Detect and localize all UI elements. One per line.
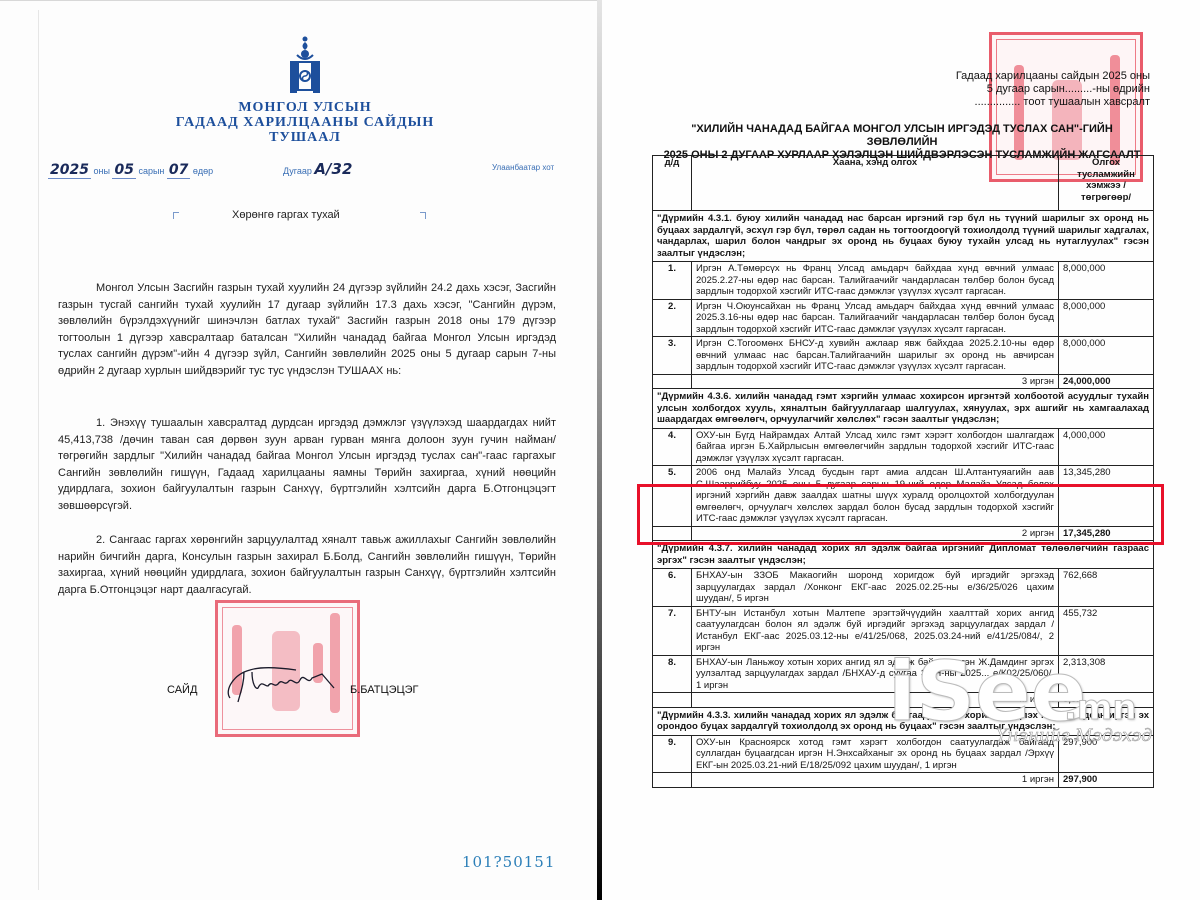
- order-city: Улаанбаатар хот: [492, 163, 554, 172]
- row-description: Иргэн Ч.Оюунсайхан нь Франц Улсад амьдар…: [692, 299, 1059, 337]
- letterhead-line: МОНГОЛ УЛСЫН: [170, 100, 440, 115]
- order-number-value: А/32: [314, 160, 352, 178]
- row-amount: 8,000,000: [1059, 337, 1154, 375]
- date-month-label: сарын: [138, 166, 164, 176]
- subtotal-count: 3 иргэн: [692, 374, 1059, 389]
- row-amount: 455,732: [1059, 606, 1154, 655]
- aid-table: д/д Хаана, хэнд олгох Олгох тусламжийн х…: [652, 155, 1154, 788]
- subtotal-row: 3 иргэн24,000,000: [653, 374, 1154, 389]
- annex-reference-line: Гадаад харилцааны сайдын 2025 оны: [956, 70, 1150, 83]
- table-row: 1.Иргэн А.Төмөрсүх нь Франц Улсад амьдар…: [653, 262, 1154, 300]
- row-number: 2.: [653, 299, 692, 337]
- annex-page: Гадаад харилцааны сайдын 2025 оны 5 дуга…: [602, 0, 1200, 900]
- row-number: 7.: [653, 606, 692, 655]
- section-basis: "Дүрмийн 4.3.1. буюу хилийн чанадад нас …: [653, 211, 1154, 262]
- page-edge: [0, 0, 597, 1]
- letterhead-line: ГАДААД ХАРИЛЦААНЫ САЙДЫН: [170, 115, 440, 130]
- row-amount: 8,000,000: [1059, 262, 1154, 300]
- row-amount: 4,000,000: [1059, 428, 1154, 466]
- date-year: 2025: [48, 162, 91, 179]
- signatory-name: Б.БАТЦЭЦЭГ: [350, 684, 419, 696]
- row-description: БНТУ-ын Истанбул хотын Малтепе эрэгтэйчү…: [692, 606, 1059, 655]
- state-emblem-icon: [287, 35, 323, 95]
- row-amount: 762,668: [1059, 569, 1154, 607]
- row-amount: 297,900: [1059, 735, 1154, 773]
- section-basis-row: "Дүрмийн 4.3.6. хилийн чанадад гэмт хэрг…: [653, 389, 1154, 429]
- section-basis-row: "Дүрмийн 4.3.3. хилийн чанадад хорих ял …: [653, 707, 1154, 735]
- row-amount: 2,313,308: [1059, 655, 1154, 693]
- table-row: 7.БНТУ-ын Истанбул хотын Малтепе эрэгтэй…: [653, 606, 1154, 655]
- section-basis: "Дүрмийн 4.3.3. хилийн чанадад хорих ял …: [653, 707, 1154, 735]
- annex-reference: Гадаад харилцааны сайдын 2025 оны 5 дуга…: [956, 70, 1150, 109]
- order-clause-1: 1. Энэхүү тушаалын хавсралтад дурдсан ир…: [58, 415, 556, 514]
- row-number: 6.: [653, 569, 692, 607]
- row-number: 9.: [653, 735, 692, 773]
- subtotal-row: 1 иргэн297,900: [653, 773, 1154, 788]
- subtotal-amount: 3,5...: [1059, 693, 1154, 708]
- table-row: 4.ОХУ-ын Бүгд Найрамдах Алтай Улсад хилс…: [653, 428, 1154, 466]
- table-header-row: д/д Хаана, хэнд олгох Олгох тусламжийн х…: [653, 156, 1154, 211]
- order-number: Дугаар А/32: [283, 160, 352, 178]
- header-desc: Хаана, хэнд олгох: [692, 156, 1059, 211]
- subtotal-spacer: [653, 374, 692, 389]
- subtotal-spacer: [653, 693, 692, 708]
- table-row: 2.Иргэн Ч.Оюунсайхан нь Франц Улсад амьд…: [653, 299, 1154, 337]
- section-basis: "Дүрмийн 4.3.6. хилийн чанадад гэмт хэрг…: [653, 389, 1154, 429]
- table-row: 3.Иргэн С.Тогоомөнх БНСУ-д хувийн ажлаар…: [653, 337, 1154, 375]
- ministry-letterhead: МОНГОЛ УЛСЫН ГАДААД ХАРИЛЦААНЫ САЙДЫН ТУ…: [170, 100, 440, 145]
- row-description: Иргэн С.Тогоомөнх БНСУ-д хувийн ажлаар я…: [692, 337, 1059, 375]
- order-number-label: Дугаар: [283, 166, 312, 176]
- order-page: МОНГОЛ УЛСЫН ГАДААД ХАРИЛЦААНЫ САЙДЫН ТУ…: [0, 0, 597, 900]
- subtotal-count: ... иргэн: [692, 693, 1059, 708]
- row-highlight-box: [637, 484, 1164, 545]
- row-number: 3.: [653, 337, 692, 375]
- table-row: 9.ОХУ-ын Красноярск хотод гэмт хэрэгт хо…: [653, 735, 1154, 773]
- subtotal-amount: 24,000,000: [1059, 374, 1154, 389]
- section-basis-row: "Дүрмийн 4.3.1. буюу хилийн чанадад нас …: [653, 211, 1154, 262]
- subtotal-row: ... иргэн3,5...: [653, 693, 1154, 708]
- subtotal-count: 1 иргэн: [692, 773, 1059, 788]
- date-day-label: өдөр: [193, 166, 213, 176]
- signatory-title: САЙД: [167, 684, 197, 696]
- row-amount: 8,000,000: [1059, 299, 1154, 337]
- date-day: 07: [167, 162, 190, 179]
- date-month: 05: [112, 162, 135, 179]
- row-number: 4.: [653, 428, 692, 466]
- header-num: д/д: [653, 156, 692, 211]
- subtotal-spacer: [653, 773, 692, 788]
- document-serial-number: 101?50151: [462, 853, 555, 871]
- order-clause-2: 2. Сангаас гаргах хөрөнгийн зарцуулалтад…: [58, 532, 556, 598]
- signature-icon: [222, 660, 342, 705]
- row-description: БНХАУ-ын Ланьжоу хотын хорих ангид ял эд…: [692, 655, 1059, 693]
- date-year-label: оны: [93, 166, 109, 176]
- row-description: ОХУ-ын Бүгд Найрамдах Алтай Улсад хилс г…: [692, 428, 1059, 466]
- order-preamble: Монгол Улсын Засгийн газрын тухай хуулий…: [58, 280, 556, 379]
- row-description: Иргэн А.Төмөрсүх нь Франц Улсад амьдарч …: [692, 262, 1059, 300]
- order-subject: Хөрөнгө гаргах тухай: [232, 209, 340, 221]
- table-row: 6.БНХАУ-ын ЗЗОБ Макаогийн шоронд хоригдо…: [653, 569, 1154, 607]
- table-row: 8.БНХАУ-ын Ланьжоу хотын хорих ангид ял …: [653, 655, 1154, 693]
- page-edge: [38, 10, 39, 890]
- subject-bracket: [420, 212, 426, 219]
- letterhead-line: ТУШААЛ: [170, 130, 440, 145]
- annex-reference-line: 5 дугаар сарын.........-ны өдрийн: [956, 83, 1150, 96]
- aid-list-title-line: "ХИЛИЙН ЧАНАДАД БАЙГАА МОНГОЛ УЛСЫН ИРГЭ…: [662, 123, 1142, 149]
- row-description: ОХУ-ын Красноярск хотод гэмт хэрэгт холб…: [692, 735, 1059, 773]
- row-number: 1.: [653, 262, 692, 300]
- subject-bracket: [173, 212, 179, 219]
- row-description: БНХАУ-ын ЗЗОБ Макаогийн шоронд хоригдож …: [692, 569, 1059, 607]
- row-number: 8.: [653, 655, 692, 693]
- subtotal-amount: 297,900: [1059, 773, 1154, 788]
- header-amount: Олгох тусламжийн хэмжээ /төгрөгөөр/: [1059, 156, 1154, 211]
- order-date: 2025 оны 05 сарын 07 өдөр: [48, 162, 213, 178]
- annex-reference-line: ............... тоот тушаалын хавсралт: [956, 96, 1150, 109]
